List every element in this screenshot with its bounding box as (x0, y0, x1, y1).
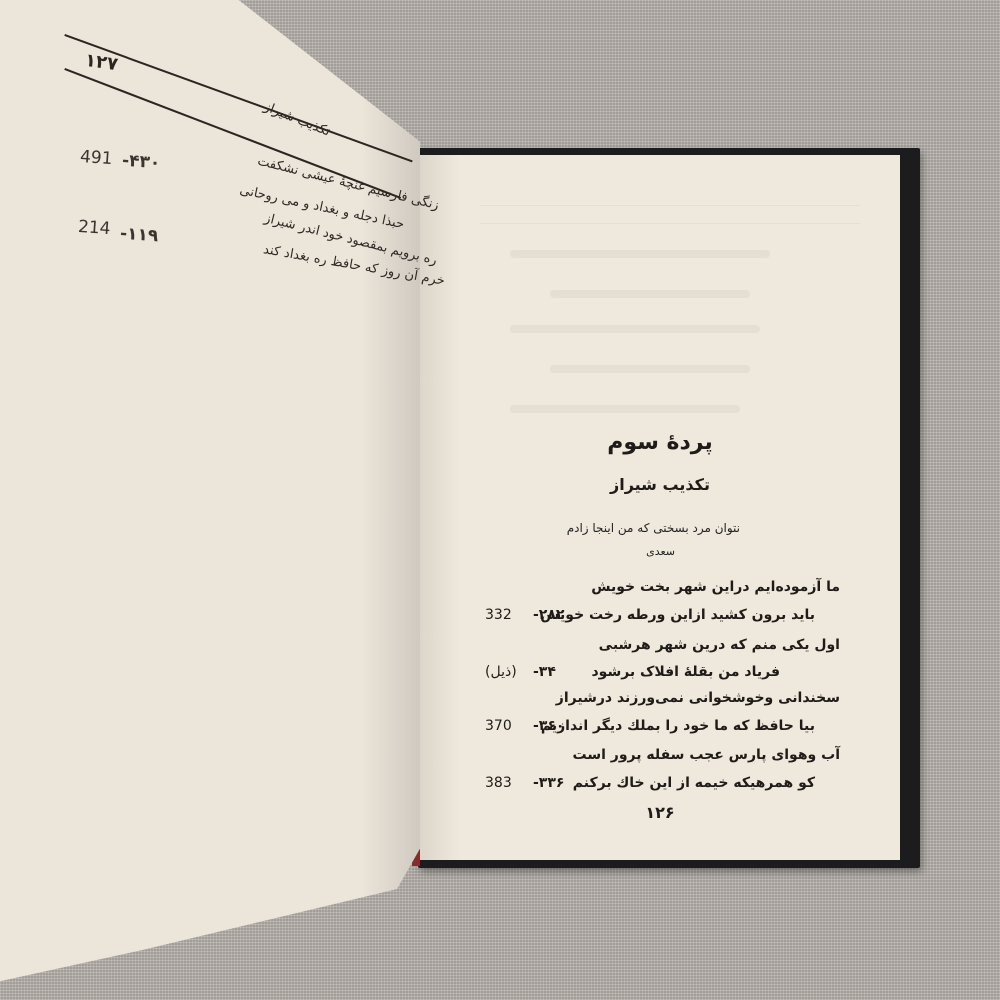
couplet-4-ref-persian: -۳۳۶ (533, 775, 564, 791)
epigraph: نتوان مرد بسختی که من اینجا زادم (567, 521, 740, 535)
couplet-4-verse-1: آب وهوای پارس عجب سفله پرور است (573, 747, 840, 763)
couplet-3-ref-persian: -۳۶۰ (533, 718, 564, 734)
left-entry-1-ref-persian: -۴۳۰ (121, 151, 160, 174)
show-through-text (550, 290, 750, 298)
section-title: تکذیب شیراز (420, 475, 900, 494)
epigraph-author: سعدی (646, 545, 675, 558)
couplet-1-ref-latin: 332 (485, 607, 512, 623)
right-page: پردهٔ سوم تکذیب شیراز نتوان مرد بسختی که… (420, 155, 900, 860)
show-through-text (550, 365, 750, 373)
couplet-4-ref-latin: 383 (485, 775, 512, 791)
couplet-3-ref-latin: 370 (485, 718, 512, 734)
left-entry-2-ref-latin: 214 (77, 217, 111, 239)
left-page (0, 0, 420, 990)
couplet-4-verse-2: کو همرهیکه خیمه از این خاك برکنم (573, 775, 815, 791)
couplet-2-ref-latin: (ذیل) (485, 664, 517, 680)
left-entry-2-ref-persian: -۱۱۹ (119, 224, 158, 247)
couplet-1-verse-2: باید برون کشید ازاین ورطه رخت خویش (540, 607, 815, 623)
page-number-left: ۱۲۷ (84, 50, 120, 75)
couplet-2-verse-1: اول یکی منم که درین شهر هرشبی (599, 637, 840, 653)
show-through-text (510, 250, 770, 258)
show-through-text (510, 405, 740, 413)
show-through-rule (480, 205, 860, 206)
show-through-text (510, 325, 760, 333)
left-entry-1-ref-latin: 491 (79, 147, 113, 169)
page-number-right: ۱۲۶ (420, 803, 900, 822)
couplet-1-ref-persian: -۲۸۲ (533, 607, 564, 623)
part-title: پردهٔ سوم (420, 430, 900, 455)
couplet-1-verse-1: ما آزموده‌ایم دراین شهر بخت خویش (591, 579, 840, 595)
couplet-3-verse-2: بیا حافظ که ما خود را بملك دیگر اندازیم (541, 718, 815, 734)
couplet-3-verse-1: سخندانی وخوشخوانی نمی‌ورزند درشیراز (556, 690, 840, 706)
show-through-rule (480, 223, 860, 224)
couplet-2-verse-2: فریاد من بقلهٔ افلاک برشود (591, 664, 780, 680)
couplet-2-ref-persian: -۳۴ (533, 664, 556, 680)
